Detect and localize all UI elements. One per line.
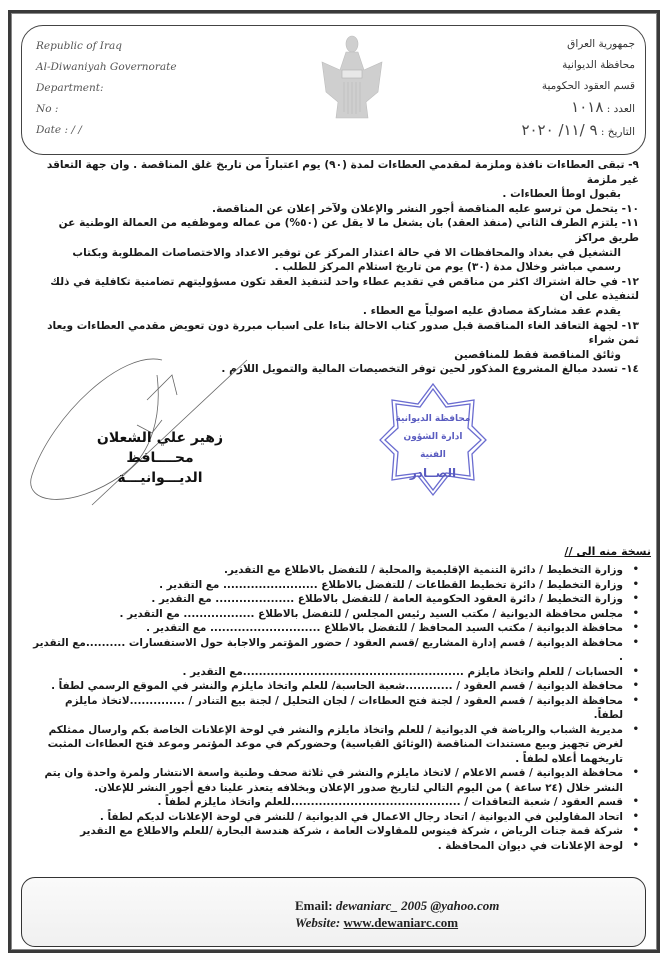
clause-number: ١٤- <box>622 363 639 375</box>
clause-continuation: بقبول اوطأ العطاءات . <box>39 187 639 202</box>
signature-block: زهير علي الشعلان محــــافظ الديـــوانيــ… <box>85 428 235 488</box>
governorate-ar: محافظة الديوانية <box>521 55 635 76</box>
clause-12: ١٢- في حالة اشتراك اكثر من مناقص في تقدي… <box>39 275 639 319</box>
copy-recipient: قسم العقود / شعبة التعاقدات / ..........… <box>33 795 643 810</box>
copy-recipient: اتحاد المقاولين في الديوانية / اتحاد رجا… <box>33 810 643 825</box>
clause-number: ٩- <box>628 159 639 171</box>
copy-recipient: وزارة التخطيط / دائرة التنمية الإقليمية … <box>33 563 643 578</box>
country-ar: جمهورية العراق <box>521 34 635 55</box>
department-ar: قسم العقود الحكومية <box>521 76 635 97</box>
stamp-line-3: الصــادر <box>393 464 473 482</box>
clause-text: لجهة التعاقد الغاء المناقصة قبل صدور كتا… <box>47 320 639 347</box>
date-en: Date : / / <box>36 120 177 141</box>
stamp-text: محافظة الديوانية ادارة الشؤون الفنية الص… <box>393 410 473 482</box>
clause-text: يتحمل من ترسو عليه المناقصة أجور النشر و… <box>212 203 618 215</box>
copies-list: وزارة التخطيط / دائرة التنمية الإقليمية … <box>33 563 643 853</box>
copy-recipient: محافظة الديوانية / قسم إدارة المشاريع /ق… <box>33 636 643 665</box>
email-link[interactable]: dewaniarc_ 2005 @yahoo.com <box>336 898 500 913</box>
number-label: العدد : <box>607 103 635 115</box>
clause-9: ٩- تبقى العطاءات نافذة وملزمة لمقدمي الع… <box>39 158 639 202</box>
copy-recipient: الحسابات / للعلم واتخاذ مايلزم .........… <box>33 665 643 680</box>
number-value: ١٠١٨ <box>571 98 603 116</box>
website-label: Website: <box>295 915 340 930</box>
country-en: Republic of Iraq <box>36 36 177 57</box>
clause-number: ١٠- <box>622 203 639 215</box>
website-link[interactable]: www.dewaniarc.com <box>344 915 459 930</box>
clause-number: ١٢- <box>622 276 639 288</box>
clause-text: تسدد مبالغ المشروع المذكور لحين توفر الت… <box>221 363 618 375</box>
governorate-en: Al-Diwaniyah Governorate <box>36 57 177 78</box>
signatory-title: محــــافظ الديـــوانيـــة <box>85 448 235 488</box>
clause-number: ١٣- <box>622 320 639 332</box>
copy-recipient: شركة قمة جنات الرياض ، شركة فينوس للمقاو… <box>33 824 643 839</box>
stamp-line-2: ادارة الشؤون الفنية <box>393 428 473 464</box>
copy-recipient: مديرية الشباب والرياضة في الديوانية / لل… <box>33 723 643 767</box>
clause-continuation: التشغيل في بغداد والمحافظات الا في حالة … <box>39 246 639 275</box>
letter-number: العدد : ١٠١٨ <box>521 97 635 120</box>
department-en: Department: <box>36 78 177 99</box>
stamp-line-1: محافظة الديوانية <box>393 410 473 428</box>
clause-11: ١١- يلتزم الطرف الثاني (منفذ العقد) بان … <box>39 216 639 274</box>
copy-recipient: محافظة الديوانية / مكتب السيد المحافظ / … <box>33 621 643 636</box>
clause-10: ١٠- يتحمل من ترسو عليه المناقصة أجور الن… <box>39 202 639 217</box>
footer-contact: Email: dewaniarc_ 2005 @yahoo.com Websit… <box>295 897 499 931</box>
clause-text: يلتزم الطرف الثاني (منفذ العقد) بان يشغل… <box>59 217 639 244</box>
clause-continuation: يقدم عقد مشاركة مصادق عليه اصولياً مع ال… <box>39 304 639 319</box>
eagle-emblem-icon <box>312 32 392 124</box>
website-line: Website: www.dewaniarc.com <box>295 914 499 931</box>
copy-recipient: مجلس محافظة الديوانية / مكتب السيد رئيس … <box>33 607 643 622</box>
email-label: Email: <box>295 898 333 913</box>
signatory-name: زهير علي الشعلان <box>85 428 235 448</box>
clauses-list: ٩- تبقى العطاءات نافذة وملزمة لمقدمي الع… <box>39 158 639 377</box>
letterhead: Republic of Iraq Al-Diwaniyah Governorat… <box>21 25 646 155</box>
date-label: التاريخ : <box>601 126 635 138</box>
copy-recipient: محافظة الديوانية / قسم العقود / ........… <box>33 679 643 694</box>
letterhead-arabic: جمهورية العراق محافظة الديوانية قسم العق… <box>521 34 635 143</box>
letter-date: التاريخ : ٩ /١١/ ٢٠٢٠ <box>521 120 635 143</box>
copy-recipient: محافظة الديوانية / قسم العقود / لجنة فتح… <box>33 694 643 723</box>
email-line: Email: dewaniarc_ 2005 @yahoo.com <box>295 897 499 914</box>
letterhead-english: Republic of Iraq Al-Diwaniyah Governorat… <box>36 36 177 141</box>
copy-recipient: محافظة الديوانية / قسم الاعلام / لاتخاذ … <box>33 766 643 795</box>
copy-recipient: وزارة التخطيط / دائرة تخطيط القطاعات / ل… <box>33 578 643 593</box>
copies-heading: نسخة منه الى // <box>565 545 651 558</box>
clause-number: ١١- <box>622 217 639 229</box>
copy-recipient: وزارة التخطيط / دائرة العقود الحكومية ال… <box>33 592 643 607</box>
copy-recipient: لوحة الإعلانات في ديوان المحافظة . <box>33 839 643 854</box>
date-value: ٩ /١١/ ٢٠٢٠ <box>521 121 597 139</box>
number-en: No : <box>36 99 177 120</box>
clause-text: في حالة اشتراك اكثر من مناقص في تقديم عط… <box>50 276 639 303</box>
clause-text: تبقى العطاءات نافذة وملزمة لمقدمي العطاء… <box>47 159 639 186</box>
